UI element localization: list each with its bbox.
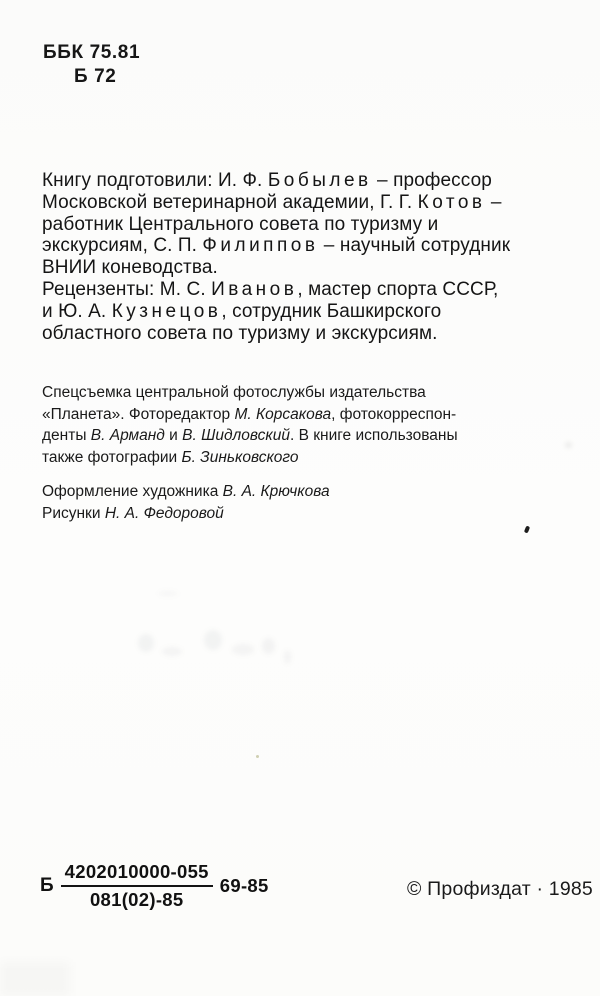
person-name: Б. Зиньковского — [181, 449, 298, 466]
person-name: М. Корсакова — [234, 406, 331, 423]
author-sign-code: Б 72 — [74, 66, 116, 88]
catalog-index: Б 4202010000-055 081(02)-85 69-85 — [40, 861, 269, 911]
credits-paragraph: Книгу подготовили: И. Ф. Бобылев – профе… — [42, 170, 510, 344]
text-segment: также фотографии — [42, 449, 181, 466]
text-line: Московской ветеринарной академии, Г. Г. … — [42, 192, 510, 214]
text-segment: – профессор — [372, 170, 492, 191]
catalog-fraction: 4202010000-055 081(02)-85 — [61, 861, 213, 911]
text-segment: работник Центрального совета по туризму … — [42, 214, 438, 235]
text-segment: Спецсъемка центральной фотослужбы издате… — [42, 384, 426, 401]
ink-speck — [524, 526, 530, 534]
bbk-classification: ББК 75.81 — [43, 42, 140, 64]
text-line: экскурсиям, С. П. Филиппов – научный сот… — [42, 235, 510, 257]
scan-corner-shade — [0, 962, 70, 996]
catalog-numerator: 4202010000-055 — [61, 861, 213, 887]
text-segment: «Планета». Фоторедактор — [42, 406, 234, 423]
bleedthrough-smudge — [204, 630, 222, 650]
bleedthrough-smudge — [162, 647, 182, 656]
catalog-denominator: 081(02)-85 — [90, 887, 184, 911]
text-line: Рисунки Н. А. Федоровой — [42, 503, 330, 525]
catalog-suffix: 69-85 — [220, 875, 269, 897]
copyright-line: © Профиздат · 1985 — [407, 878, 593, 901]
person-name: Бобылев — [268, 170, 372, 191]
person-name: В. А. Крючкова — [223, 483, 330, 500]
text-segment: , мастер спорта СССР, — [297, 279, 498, 300]
bleedthrough-smudge — [284, 650, 291, 664]
text-line: областного совета по туризму и экскурсия… — [42, 323, 510, 345]
person-name: В. Шидловский — [182, 427, 290, 444]
bleedthrough-smudge — [232, 644, 254, 655]
text-segment: ВНИИ коневодства. — [42, 257, 218, 278]
bleedthrough-smudge — [158, 591, 178, 596]
text-segment: областного совета по туризму и экскурсия… — [42, 323, 438, 344]
text-segment: – — [486, 192, 502, 213]
text-segment: Рисунки — [42, 505, 105, 522]
book-imprint-page: ББК 75.81 Б 72 Книгу подготовили: И. Ф. … — [0, 0, 600, 996]
text-line: Книгу подготовили: И. Ф. Бобылев – профе… — [42, 170, 510, 192]
text-segment: – научный сотрудник — [318, 235, 510, 256]
person-name: Кузнецов — [112, 301, 222, 322]
person-name: Н. А. Федоровой — [105, 505, 224, 522]
photo-credits-paragraph: Спецсъемка центральной фотослужбы издате… — [42, 382, 458, 468]
text-segment: и — [165, 427, 182, 444]
text-line: также фотографии Б. Зиньковского — [42, 447, 458, 469]
text-line: работник Центрального совета по туризму … — [42, 214, 510, 236]
bleedthrough-smudge — [565, 442, 572, 448]
text-line: «Планета». Фоторедактор М. Корсакова, фо… — [42, 404, 458, 426]
text-segment: , сотрудник Башкирского — [221, 301, 441, 322]
text-segment: Оформление художника — [42, 483, 223, 500]
person-name: Филиппов — [202, 235, 318, 256]
text-segment: . В книге использованы — [290, 427, 458, 444]
text-line: Оформление художника В. А. Крючкова — [42, 481, 330, 503]
text-segment: Московской ветеринарной академии, Г. Г. — [42, 192, 418, 213]
text-line: ВНИИ коневодства. — [42, 257, 510, 279]
paper-speck — [256, 755, 259, 758]
person-name: Иванов — [211, 279, 297, 300]
text-line: денты В. Арманд и В. Шидловский. В книге… — [42, 425, 458, 447]
text-segment: Рецензенты: М. С. — [42, 279, 211, 300]
text-segment: Книгу подготовили: И. Ф. — [42, 170, 268, 191]
text-line: Рецензенты: М. С. Иванов, мастер спорта … — [42, 279, 510, 301]
bleedthrough-smudge — [262, 638, 275, 654]
text-segment: и Ю. А. — [42, 301, 112, 322]
person-name: В. Арманд — [91, 427, 165, 444]
catalog-letter: Б — [40, 875, 54, 897]
person-name: Котов — [418, 192, 486, 213]
text-segment: , фотокорреспон- — [331, 406, 456, 423]
text-segment: экскурсиям, С. П. — [42, 235, 202, 256]
text-line: и Ю. А. Кузнецов, сотрудник Башкирского — [42, 301, 510, 323]
bleedthrough-smudge — [138, 634, 154, 652]
text-line: Спецсъемка центральной фотослужбы издате… — [42, 382, 458, 404]
design-credits-paragraph: Оформление художника В. А. КрючковаРисун… — [42, 481, 330, 525]
text-segment: денты — [42, 427, 91, 444]
